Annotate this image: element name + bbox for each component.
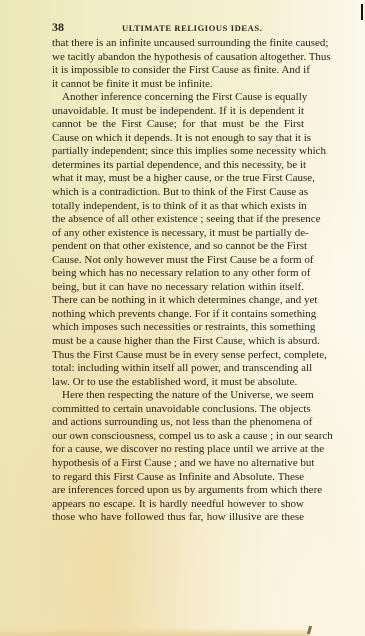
text-line: of any other existence is necessary, it …	[52, 227, 304, 241]
text-line: hypothesis of a First Cause ; and we hav…	[52, 457, 304, 471]
text-line: partially independent; since this implie…	[52, 145, 304, 159]
text-line: pendent on that other existence, and so …	[52, 240, 304, 254]
text-line: what it may, must be a higher cause, or …	[52, 172, 304, 186]
scan-edge-mark	[361, 4, 363, 20]
text-line: which imposes such necessities or restra…	[52, 321, 304, 335]
text-line: for a cause, we discover no resting plac…	[52, 443, 304, 457]
text-line: Cause. Not only however must the First C…	[52, 254, 304, 268]
text-line: to regard this First Cause as Infinite a…	[52, 471, 304, 485]
text-line: determines its partial dependence, and t…	[52, 159, 304, 173]
page-number: 38	[52, 20, 64, 35]
text-line: Cause on which it depends. It is not eno…	[52, 132, 304, 146]
text-line: committed to certain unavoidable conclus…	[52, 403, 304, 417]
text-line: law. Or to use the established word, it …	[52, 376, 304, 390]
text-line: Another inference concerning the First C…	[52, 91, 304, 105]
text-line: Here then respecting the nature of the U…	[52, 389, 304, 403]
page-body-text: that there is an infinite uncaused surro…	[52, 37, 304, 525]
text-line: that there is an infinite uncaused surro…	[52, 37, 304, 51]
text-line: total: including within itself all power…	[52, 362, 304, 376]
text-line: which is a contradiction. But to think o…	[52, 186, 304, 200]
scan-bottom-mark	[307, 626, 312, 634]
text-line: must be a cause higher than the First Ca…	[52, 335, 304, 349]
text-line: appears no escape. It is hardly needful …	[52, 498, 304, 512]
page-bottom-edge	[0, 628, 310, 636]
text-line: unavoidable. It must be independent. If …	[52, 105, 304, 119]
text-line: totally independent, is to think of it a…	[52, 200, 304, 214]
text-line: There can be nothing in it which determi…	[52, 294, 304, 308]
text-line: our own consciousness, compel us to ask …	[52, 430, 304, 444]
text-line: cannot be the First Cause; for that must…	[52, 118, 304, 132]
text-line: it is impossible to consider the First C…	[52, 64, 304, 78]
text-line: and actions surrounding us, not less tha…	[52, 416, 304, 430]
text-line: the absence of all other existence ; see…	[52, 213, 304, 227]
book-page: 38 ULTIMATE RELIGIOUS IDEAS. that there …	[0, 0, 365, 636]
text-line: being, but it can have no necessary rela…	[52, 281, 304, 295]
text-line: those who have followed thus far, how il…	[52, 511, 304, 525]
running-title: ULTIMATE RELIGIOUS IDEAS.	[122, 23, 262, 33]
text-line: being which has no necessary relation to…	[52, 267, 304, 281]
text-line: are inferences forced upon us by argumen…	[52, 484, 304, 498]
text-line: nothing which prevents change. For if it…	[52, 308, 304, 322]
page-header: 38 ULTIMATE RELIGIOUS IDEAS.	[52, 20, 304, 34]
text-line: we tacitly abandon the hypothesis of cau…	[52, 51, 304, 65]
text-line: it cannot be finite it must be infinite.	[52, 78, 304, 92]
text-line: Thus the First Cause must be in every se…	[52, 349, 304, 363]
